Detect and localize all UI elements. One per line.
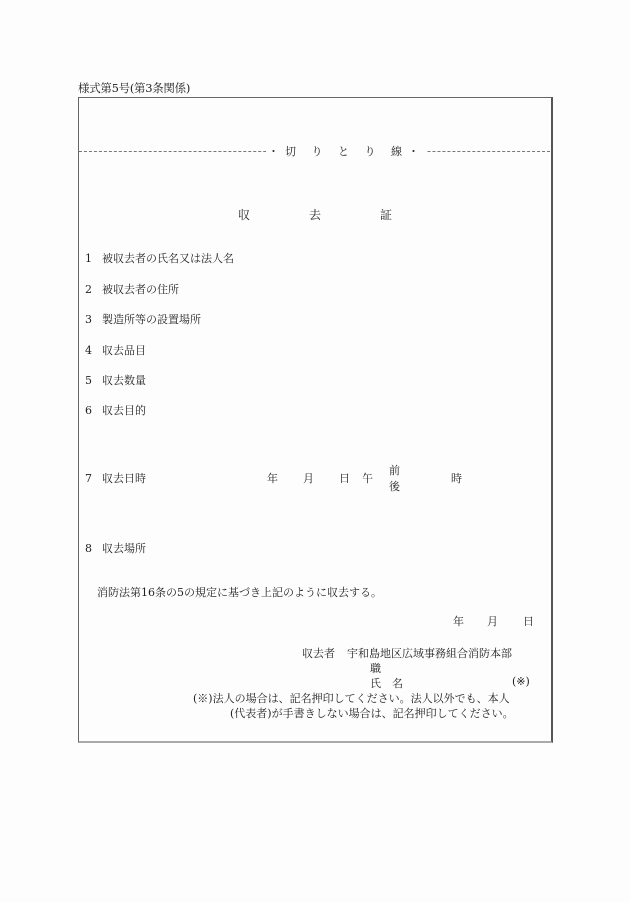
collector-mark: (※) bbox=[512, 675, 530, 688]
item-number: 3 bbox=[85, 313, 102, 326]
date-year: 年 bbox=[453, 613, 464, 629]
title-char-3: 証 bbox=[380, 206, 392, 223]
item-number: 1 bbox=[85, 252, 102, 265]
collector-organization: 宇和島地区広域事務組合消防本部 bbox=[347, 645, 512, 661]
item-1: 1被収去者の氏名又は法人名 bbox=[85, 250, 234, 266]
collector-name-label: 氏 名 bbox=[370, 675, 403, 691]
date-day: 日 bbox=[523, 613, 534, 629]
cut-line-label: ・切 り と り 線・ bbox=[266, 143, 427, 159]
item-number: 2 bbox=[85, 283, 102, 296]
item-number: 5 bbox=[85, 374, 102, 387]
item-7: 7収去日時 bbox=[85, 470, 146, 486]
item-label: 収去品目 bbox=[102, 344, 146, 357]
collector-position-label: 職 bbox=[370, 660, 381, 676]
note-line-1: (※)法人の場合は、記名押印してください。法人以外でも、本人 bbox=[193, 690, 510, 706]
title-char-2: 去 bbox=[309, 206, 321, 223]
statement: 消防法第16条の5の規定に基づき上記のように収去する。 bbox=[97, 584, 382, 600]
title-char-1: 収 bbox=[238, 206, 250, 223]
item-2: 2被収去者の住所 bbox=[85, 281, 179, 297]
date-month: 月 bbox=[487, 613, 498, 629]
item-5: 5収去数量 bbox=[85, 372, 146, 388]
item-3: 3製造所等の設置場所 bbox=[85, 311, 201, 327]
item-label: 製造所等の設置場所 bbox=[102, 313, 201, 326]
item-label: 収去日時 bbox=[102, 472, 146, 485]
item-label: 被収去者の氏名又は法人名 bbox=[102, 252, 234, 265]
item-label: 収去目的 bbox=[102, 404, 146, 417]
item-number: 6 bbox=[85, 404, 102, 417]
item-4: 4収去品目 bbox=[85, 342, 146, 358]
note-line-2: (代表者)が手書きしない場合は、記名押印してください。 bbox=[230, 705, 514, 721]
item-label: 収去数量 bbox=[102, 374, 146, 387]
datetime-noon: 午 bbox=[362, 470, 373, 486]
item-6: 6収去目的 bbox=[85, 402, 146, 418]
form-number: 様式第5号(第3条関係) bbox=[78, 80, 190, 96]
datetime-month: 月 bbox=[303, 470, 314, 486]
collector-label: 収去者 bbox=[302, 645, 335, 661]
item-number: 7 bbox=[85, 472, 102, 485]
item-number: 8 bbox=[85, 542, 102, 555]
datetime-year: 年 bbox=[267, 470, 278, 486]
item-label: 被収去者の住所 bbox=[102, 283, 179, 296]
datetime-day: 日 bbox=[339, 470, 350, 486]
item-label: 収去場所 bbox=[102, 542, 146, 555]
item-8: 8収去場所 bbox=[85, 540, 146, 556]
item-number: 4 bbox=[85, 344, 102, 357]
datetime-am: 前 bbox=[389, 462, 400, 478]
datetime-pm: 後 bbox=[389, 478, 400, 494]
datetime-hour: 時 bbox=[451, 470, 462, 486]
